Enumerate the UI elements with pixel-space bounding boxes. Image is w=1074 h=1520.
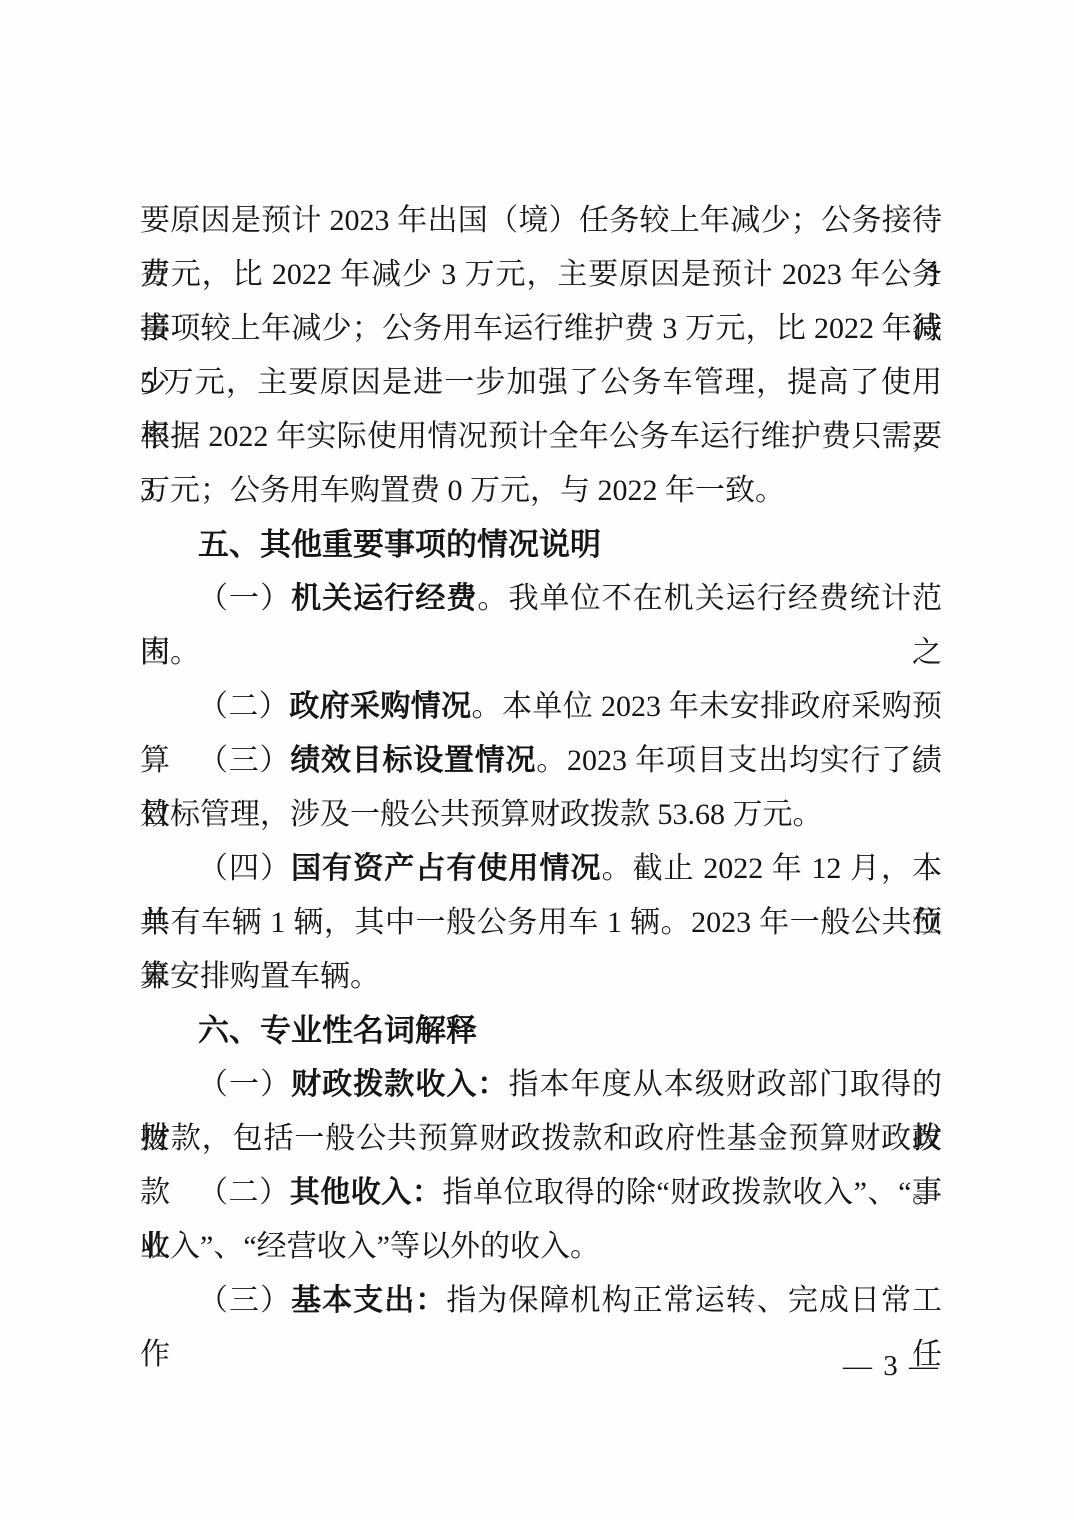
text-line: 共有车辆 1 辆，其中一般公务用车 1 辆。2023 年一般公共预算 [140,896,942,950]
text-line: （三）绩效目标设置情况。2023 年项目支出均实行了绩效 [140,734,942,788]
text-line: 事项较上年减少；公务用车运行维护费 3 万元，比 2022 年减少 [140,302,942,356]
emphasized-term: 财政拨款收入： [291,1068,508,1101]
text-run: （一） [198,582,291,615]
text-run: 目标管理，涉及一般公共预算财政拨款 53.68 万元。 [140,798,823,831]
text-run: （三） [198,744,290,777]
text-line: （一）机关运行经费。我单位不在机关运行经费统计范围之 [140,572,942,626]
text-run: （二） [198,1176,290,1209]
text-run: （一） [198,1068,291,1101]
emphasized-term: 其他收入： [290,1176,443,1209]
text-line: 万元；公务用车购置费 0 万元，与 2022 年一致。 [140,464,942,518]
text-run: 收入”、“经营收入”等以外的收入。 [140,1230,600,1263]
document-page: 要原因是预计 2023 年出国（境）任务较上年减少；公务接待费 1万元，比 20… [0,0,1074,1520]
emphasized-term: 六、专业性名词解释 [198,1013,477,1048]
text-line: 拨款，包括一般公共预算财政拨款和政府性基金预算财政拨款。 [140,1112,942,1166]
emphasized-term: 政府采购情况 [289,690,471,723]
text-line: （一）财政拨款收入：指本年度从本级财政部门取得的财政 [140,1058,942,1112]
emphasized-term: 机关运行经费 [291,582,477,615]
text-line: （二）政府采购情况。本单位 2023 年未安排政府采购预算。 [140,680,942,734]
emphasized-term: 绩效目标设置情况 [290,744,536,777]
text-run: （四） [198,852,291,885]
text-run: 内。 [140,636,200,669]
text-line: 根据 2022 年实际使用情况预计全年公务车运行维护费只需要 3 [140,410,942,464]
section-heading: 六、专业性名词解释 [140,1004,942,1058]
text-line: 未安排购置车辆。 [140,950,942,1004]
page-number: — 3 — [843,1348,940,1384]
text-run: 未安排购置车辆。 [140,960,380,993]
text-line: 要原因是预计 2023 年出国（境）任务较上年减少；公务接待费 1 [140,194,942,248]
text-line: （二）其他收入：指单位取得的除“财政拨款收入”、“事业 [140,1166,942,1220]
text-line: 万元，比 2022 年减少 3 万元，主要原因是预计 2023 年公务接待 [140,248,942,302]
text-line: 5 万元，主要原因是进一步加强了公务车管理，提高了使用率， [140,356,942,410]
text-line: 目标管理，涉及一般公共预算财政拨款 53.68 万元。 [140,788,942,842]
text-line: （三）基本支出：指为保障机构正常运转、完成日常工作任 [140,1274,942,1328]
text-run: （三） [198,1284,291,1317]
text-line: 收入”、“经营收入”等以外的收入。 [140,1220,942,1274]
emphasized-term: 基本支出： [291,1284,446,1317]
text-run: 万元；公务用车购置费 0 万元，与 2022 年一致。 [140,474,785,507]
text-run: （二） [198,690,289,723]
section-heading: 五、其他重要事项的情况说明 [140,518,942,572]
text-line: （四）国有资产占有使用情况。截止 2022 年 12 月，本单位 [140,842,942,896]
emphasized-term: 国有资产占有使用情况 [291,852,601,885]
text-block: 要原因是预计 2023 年出国（境）任务较上年减少；公务接待费 1万元，比 20… [140,194,942,1328]
emphasized-term: 五、其他重要事项的情况说明 [198,527,601,562]
